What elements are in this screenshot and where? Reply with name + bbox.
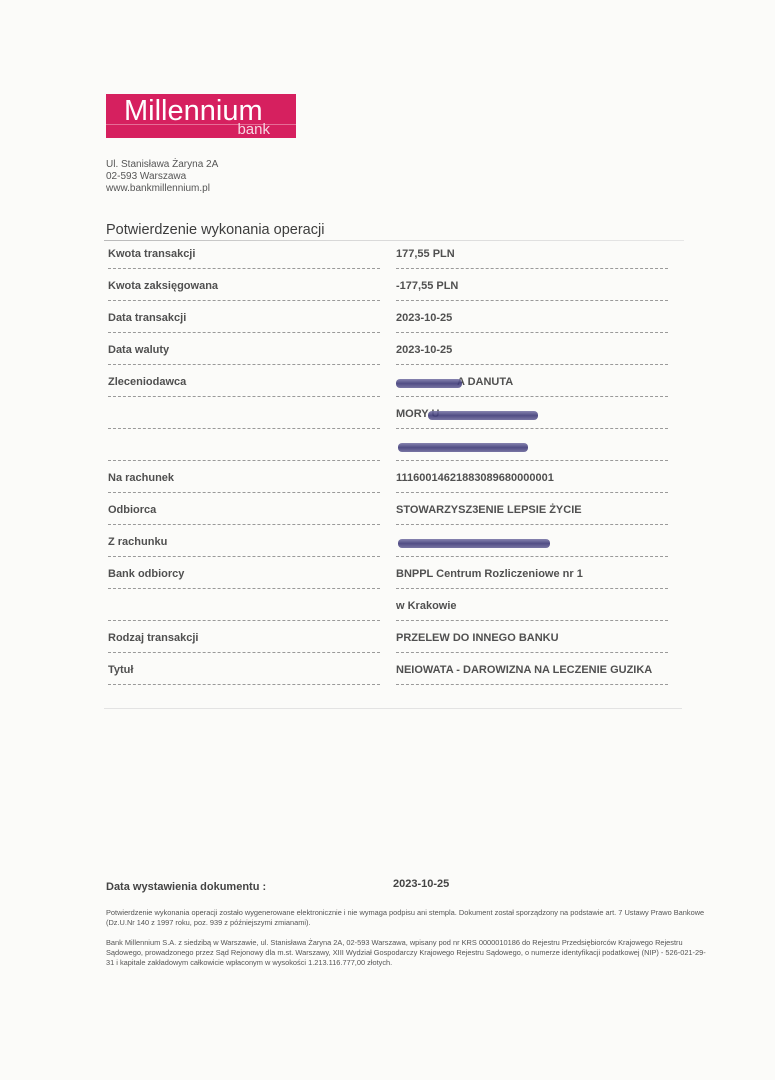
label-dotted-rule bbox=[108, 588, 380, 589]
label-dotted-rule bbox=[108, 460, 380, 461]
bank-legal-info: Bank Millennium S.A. z siedzibą w Warsza… bbox=[106, 938, 706, 968]
issue-date-value: 2023-10-25 bbox=[393, 878, 449, 890]
value-dotted-rule bbox=[396, 652, 668, 653]
document-title: Potwierdzenie wykonania operacji bbox=[106, 222, 324, 238]
label-dotted-rule bbox=[108, 332, 380, 333]
detail-value: w Krakowie bbox=[396, 600, 457, 612]
title-divider bbox=[104, 240, 684, 241]
label-dotted-rule bbox=[108, 492, 380, 493]
detail-label: Tytuł bbox=[108, 664, 133, 676]
redaction-mark bbox=[398, 539, 550, 548]
detail-label: Rodzaj transakcji bbox=[108, 632, 198, 644]
detail-row: ZleceniodawcaA DANUTA bbox=[108, 376, 668, 392]
value-dotted-rule bbox=[396, 620, 668, 621]
value-dotted-rule bbox=[396, 300, 668, 301]
detail-value: STOWARZYSZ3ENIE LEPSIE ŻYCIE bbox=[396, 504, 582, 516]
detail-value: -177,55 PLN bbox=[396, 280, 458, 292]
detail-row: Data transakcji2023-10-25 bbox=[108, 312, 668, 328]
detail-row: w Krakowie bbox=[108, 600, 668, 616]
detail-label: Data waluty bbox=[108, 344, 169, 356]
label-dotted-rule bbox=[108, 268, 380, 269]
value-dotted-rule bbox=[396, 396, 668, 397]
detail-label: Kwota transakcji bbox=[108, 248, 195, 260]
logo-sub: bank bbox=[237, 121, 270, 138]
detail-value: 2023-10-25 bbox=[396, 312, 452, 324]
detail-value: NEIOWATA - DAROWIZNA NA LECZENIE GUZIKA bbox=[396, 664, 652, 676]
label-dotted-rule bbox=[108, 620, 380, 621]
detail-label: Zleceniodawca bbox=[108, 376, 186, 388]
detail-value: PRZELEW DO INNEGO BANKU bbox=[396, 632, 559, 644]
value-dotted-rule bbox=[396, 492, 668, 493]
value-dotted-rule bbox=[396, 428, 668, 429]
bank-logo: Millennium bank bbox=[106, 94, 296, 138]
detail-label: Kwota zaksięgowana bbox=[108, 280, 218, 292]
label-dotted-rule bbox=[108, 300, 380, 301]
detail-value: 2023-10-25 bbox=[396, 344, 452, 356]
label-dotted-rule bbox=[108, 428, 380, 429]
detail-value: BNPPL Centrum Rozliczeniowe nr 1 bbox=[396, 568, 583, 580]
value-dotted-rule bbox=[396, 524, 668, 525]
detail-label: Bank odbiorcy bbox=[108, 568, 184, 580]
address-website: www.bankmillennium.pl bbox=[106, 183, 218, 195]
value-dotted-rule bbox=[396, 364, 668, 365]
label-dotted-rule bbox=[108, 396, 380, 397]
detail-row: Na rachunek11160014621883089680000001 bbox=[108, 472, 668, 488]
value-dotted-rule bbox=[396, 556, 668, 557]
detail-label: Z rachunku bbox=[108, 536, 167, 548]
electronic-note: Potwierdzenie wykonania operacji zostało… bbox=[106, 908, 706, 928]
detail-row: MORY U bbox=[108, 408, 668, 424]
label-dotted-rule bbox=[108, 524, 380, 525]
detail-value: A DANUTA bbox=[457, 376, 513, 388]
detail-label: Odbiorca bbox=[108, 504, 156, 516]
label-dotted-rule bbox=[108, 652, 380, 653]
details-end-divider bbox=[104, 708, 682, 709]
detail-row: Rodzaj transakcjiPRZELEW DO INNEGO BANKU bbox=[108, 632, 668, 648]
detail-value: 177,55 PLN bbox=[396, 248, 455, 260]
detail-row: OdbiorcaSTOWARZYSZ3ENIE LEPSIE ŻYCIE bbox=[108, 504, 668, 520]
detail-label: Data transakcji bbox=[108, 312, 186, 324]
redaction-mark bbox=[398, 443, 528, 452]
label-dotted-rule bbox=[108, 364, 380, 365]
detail-row: Kwota zaksięgowana-177,55 PLN bbox=[108, 280, 668, 296]
value-dotted-rule bbox=[396, 332, 668, 333]
redaction-mark bbox=[428, 411, 538, 420]
detail-value: 11160014621883089680000001 bbox=[396, 472, 554, 484]
value-dotted-rule bbox=[396, 460, 668, 461]
value-dotted-rule bbox=[396, 684, 668, 685]
label-dotted-rule bbox=[108, 556, 380, 557]
value-dotted-rule bbox=[396, 588, 668, 589]
issue-date-label: Data wystawienia dokumentu : bbox=[106, 881, 266, 893]
detail-row bbox=[108, 440, 668, 456]
value-dotted-rule bbox=[396, 268, 668, 269]
detail-row: Bank odbiorcyBNPPL Centrum Rozliczeniowe… bbox=[108, 568, 668, 584]
label-dotted-rule bbox=[108, 684, 380, 685]
address-city: 02-593 Warszawa bbox=[106, 171, 218, 183]
detail-row: Data waluty2023-10-25 bbox=[108, 344, 668, 360]
address-street: Ul. Stanisława Żaryna 2A bbox=[106, 159, 218, 171]
detail-row: TytułNEIOWATA - DAROWIZNA NA LECZENIE GU… bbox=[108, 664, 668, 680]
detail-row: Kwota transakcji177,55 PLN bbox=[108, 248, 668, 264]
bank-address: Ul. Stanisława Żaryna 2A 02-593 Warszawa… bbox=[106, 159, 218, 195]
detail-row: Z rachunku bbox=[108, 536, 668, 552]
redaction-mark bbox=[396, 379, 462, 388]
detail-label: Na rachunek bbox=[108, 472, 174, 484]
